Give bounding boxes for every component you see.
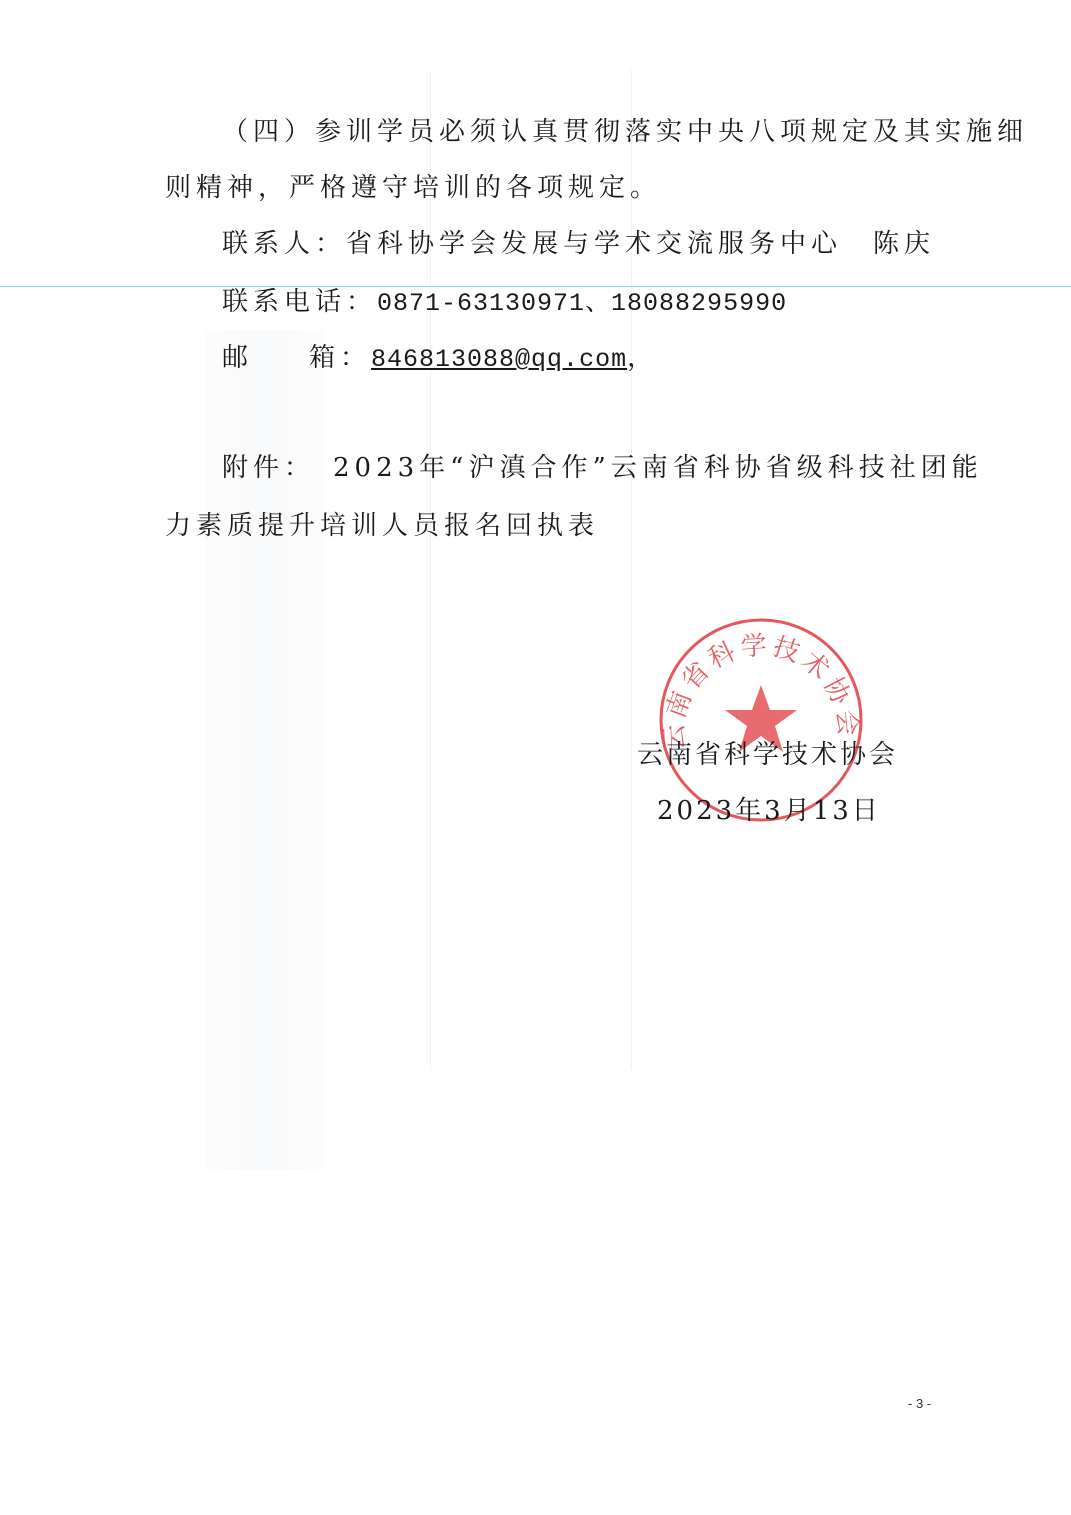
email-row: 邮箱：846813088@qq.com，	[222, 342, 658, 376]
contact-phone-label: 联系电话：	[222, 287, 377, 317]
email-label-2: 箱：	[309, 343, 371, 373]
email-link[interactable]: 846813088@qq.com	[371, 345, 627, 374]
contact-phone-row: 联系电话：0871-63130971、18088295990	[222, 286, 787, 320]
email-suffix: ，	[627, 343, 658, 373]
attachment-line2: 力素质提升培训人员报名回执表	[165, 510, 599, 542]
item4-line1: （四）参训学员必须认真贯彻落实中央八项规定及其实施细	[222, 116, 1028, 148]
page-number: - 3 -	[908, 1396, 931, 1411]
signature-organization: 云南省科学技术协会	[637, 734, 898, 771]
attachment-line1: 附件： 2023年“沪滇合作”云南省科协省级科技社团能	[222, 452, 983, 484]
scan-bleed-through-table	[430, 70, 632, 1070]
email-label-1: 邮	[222, 343, 253, 373]
signature-date: 2023年3月13日	[657, 790, 881, 827]
contact-person: 联系人：省科协学会发展与学术交流服务中心 陈庆	[222, 228, 935, 260]
item4-line2: 则精神，严格遵守培训的各项规定。	[165, 172, 661, 204]
contact-phone: 0871-63130971、18088295990	[377, 289, 787, 318]
